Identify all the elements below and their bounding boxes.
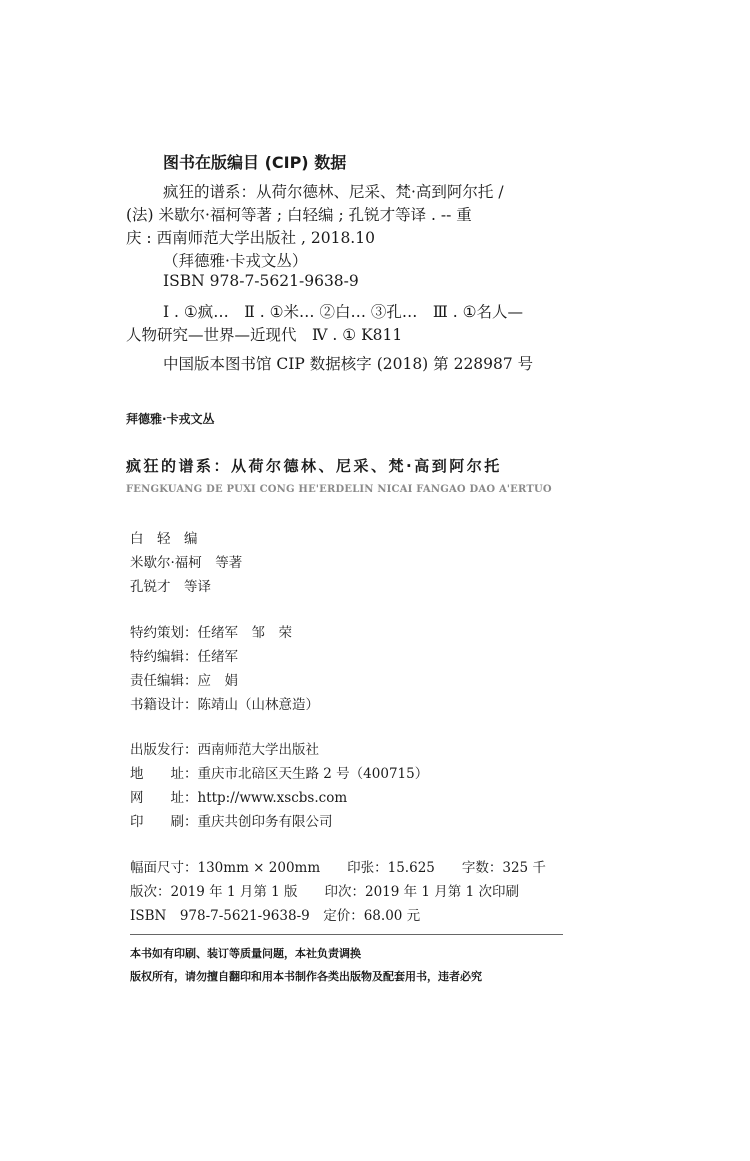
book-title-pinyin: FENGKUANG DE PUXI CONG HE'ERDELIN NICAI … xyxy=(126,484,552,495)
editor-row: 责任编辑：应 娟 xyxy=(130,669,238,689)
series-name: 拜德雅·卡戎文丛 xyxy=(126,410,215,427)
publisher-value: 重庆市北碚区天生路 2 号（400715） xyxy=(198,766,429,782)
publisher-label: 印 刷： xyxy=(130,810,198,830)
editor-row: 特约策划：任绪军 邹 荣 xyxy=(130,621,292,641)
publisher-value: 重庆共创印务有限公司 xyxy=(198,814,333,830)
publisher-label: 出版发行： xyxy=(130,738,198,758)
editor-label: 书籍设计： xyxy=(130,693,198,713)
cip-line: (法) 米歇尔·福柯等著 ; 白轻编 ; 孔锐才等译 . -- 重 xyxy=(126,203,472,225)
cip-line: 庆 : 西南师范大学出版社 , 2018.10 xyxy=(126,226,375,248)
cip-line: 疯狂的谱系：从荷尔德林、尼采、梵·高到阿尔托 / xyxy=(163,180,504,202)
spec-format: 幅面尺寸：130mm × 200mm 印张：15.625 字数：325 千 xyxy=(130,856,546,876)
publisher-value: 西南师范大学出版社 xyxy=(198,742,320,758)
editor-label: 特约策划： xyxy=(130,621,198,641)
notice-quality: 本书如有印刷、装订等质量问题，本社负责调换 xyxy=(130,945,361,961)
spec-isbn-price: ISBN 978-7-5621-9638-9 定价：68.00 元 xyxy=(130,904,420,924)
publisher-row: 印 刷：重庆共创印务有限公司 xyxy=(130,810,333,830)
editor-label: 特约编辑： xyxy=(130,645,198,665)
publisher-row: 地 址：重庆市北碚区天生路 2 号（400715） xyxy=(130,762,428,782)
spec-edition: 版次：2019 年 1 月第 1 版 印次：2019 年 1 月第 1 次印刷 xyxy=(130,880,519,900)
publisher-label: 地 址： xyxy=(130,762,198,782)
editor-value: 陈靖山（山林意造） xyxy=(198,697,320,713)
editor-value: 任绪军 xyxy=(198,649,239,665)
editor-value: 应 娟 xyxy=(198,673,239,689)
credit-author: 米歇尔·福柯 等著 xyxy=(130,551,242,571)
cip-isbn: ISBN 978-7-5621-9638-9 xyxy=(163,272,359,290)
publisher-url[interactable]: http://www.xscbs.com xyxy=(198,790,348,806)
credit-editor: 白 轻 编 xyxy=(130,527,198,547)
publisher-row: 网 址：http://www.xscbs.com xyxy=(130,786,347,806)
book-title: 疯狂的谱系：从荷尔德林、尼采、梵·高到阿尔托 xyxy=(126,455,502,476)
notice-copyright: 版权所有，请勿擅自翻印和用本书制作各类出版物及配套用书，违者必究 xyxy=(130,968,482,984)
cip-record-number: 中国版本图书馆 CIP 数据核字 (2018) 第 228987 号 xyxy=(163,352,533,374)
cip-classification-cont: 人物研究—世界—近现代 Ⅳ . ① K811 xyxy=(126,323,402,345)
editor-label: 责任编辑： xyxy=(130,669,198,689)
credit-translator: 孔锐才 等译 xyxy=(130,575,211,595)
editor-row: 特约编辑：任绪军 xyxy=(130,645,238,665)
publisher-label: 网 址： xyxy=(130,786,198,806)
cip-line: （拜德雅·卡戎文丛） xyxy=(163,249,307,271)
editor-row: 书籍设计：陈靖山（山林意造） xyxy=(130,693,319,713)
cip-classification: Ⅰ . ①疯… Ⅱ . ①米… ②白… ③孔… Ⅲ . ①名人— xyxy=(163,300,523,322)
publisher-row: 出版发行：西南师范大学出版社 xyxy=(130,738,319,758)
editor-value: 任绪军 邹 荣 xyxy=(198,625,293,641)
divider xyxy=(130,934,563,935)
cip-heading: 图书在版编目 (CIP) 数据 xyxy=(163,150,346,173)
